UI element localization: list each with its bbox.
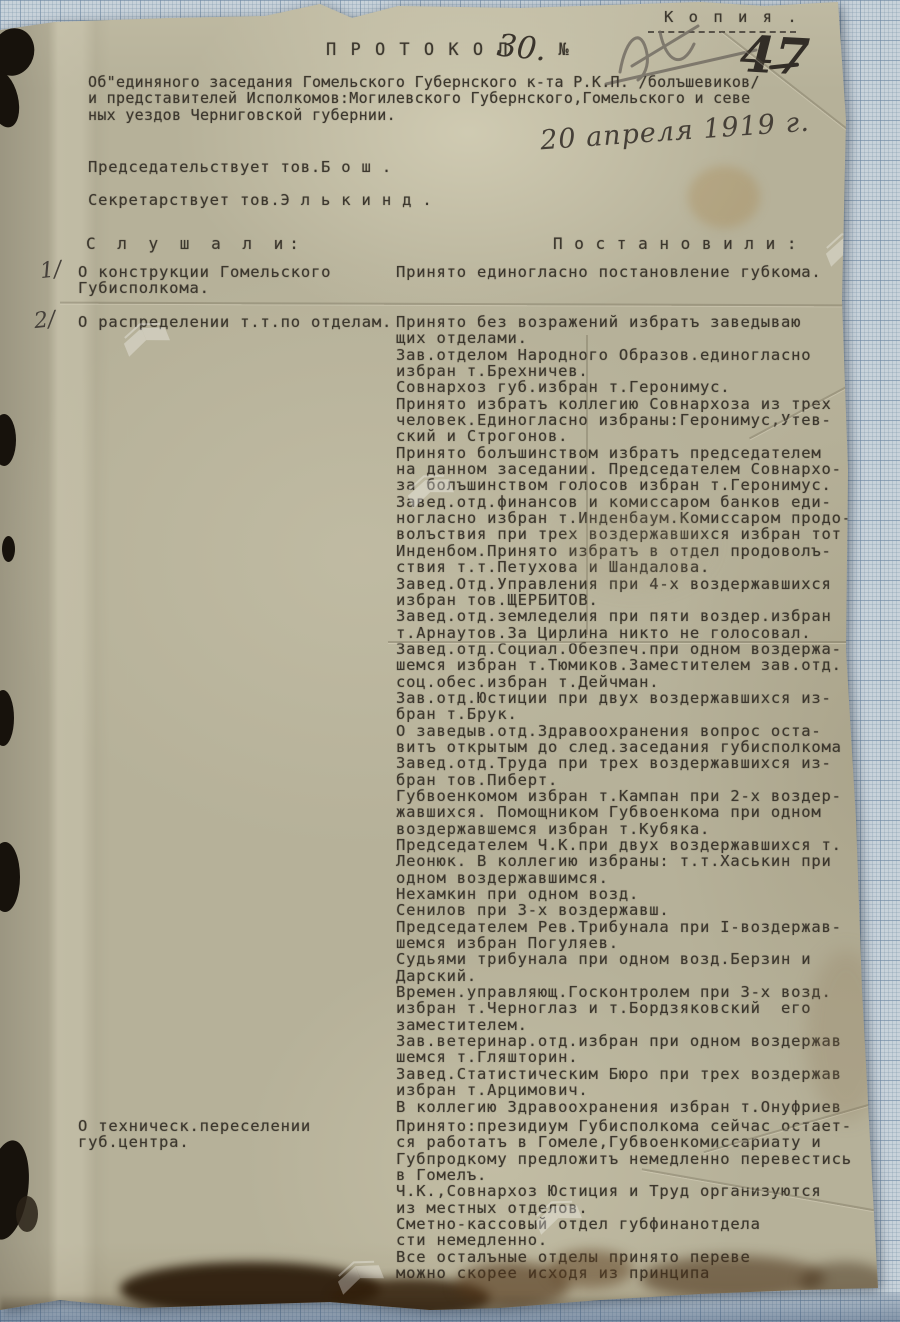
text-line: Судьями трибунала при одном возд.Берзин …	[396, 951, 874, 967]
text-line: Принято:президиум Губисполкома сейчас ос…	[396, 1118, 874, 1134]
text-line: Председателем Ч.К.при двух воздержавшихс…	[396, 837, 874, 853]
paper-tear	[0, 842, 20, 912]
chairman-line: Председательствует тов.Б о ш .	[88, 158, 392, 176]
text-line: О заведыв.отд.Здравоохранения вопрос ост…	[396, 723, 874, 739]
text-line: избран т.Черноглаз и т.Бордзяковский его	[396, 1000, 874, 1016]
text-line: Сметно-кассовый отдел губфинанотдела	[396, 1216, 874, 1232]
text-line: Об"единяного заседания Гомельского Губер…	[88, 74, 760, 90]
text-line: Зав.отделом Народного Образов.единогласн…	[396, 347, 874, 363]
text-line: Дарский.	[396, 968, 874, 984]
bottom-edge-stain	[0, 1294, 900, 1316]
text-line: т.Арнаутов.За Цирлина никто не голосовал…	[396, 625, 874, 641]
text-line: Принято болъшинством избратъ председател…	[396, 445, 874, 461]
paper-crease	[586, 335, 588, 635]
text-line: В коллегию Здравоохранения избран т.Онуф…	[396, 1099, 874, 1115]
agenda-item-1-resolution: Принято единогласно постановление губком…	[396, 264, 874, 280]
secretary-line: Секретарствует тов.Э л ь к и н д .	[88, 191, 432, 209]
text-line: шемся избран Погуляев.	[396, 935, 874, 951]
document-scan: К о п и я . П Р О Т О К О Л № 30. 47 Об"…	[0, 0, 900, 1322]
agenda-item-3-topic: О техническ.переселениигуб.центра.	[78, 1118, 388, 1151]
text-line: ся работатъ в Гомеле,Губвоенкомиссариату…	[396, 1134, 874, 1150]
paper-tear	[0, 414, 16, 466]
paper-stain	[560, 500, 710, 590]
text-line: Зав.отд.Юстиции при двух воздержавшихся …	[396, 690, 874, 706]
agenda-item-1-number: 1/	[39, 257, 63, 284]
text-line: Губпродкому предложитъ немедленно переве…	[396, 1151, 874, 1167]
text-line: воздержавшемся избран т.Кубяка.	[396, 821, 874, 837]
paper-tear	[0, 23, 40, 82]
paper-tear	[0, 690, 14, 746]
text-line: за болъшинством голосов избран т.Героним…	[396, 477, 874, 493]
text-line: и представителей Исполкомов:Могилевского…	[88, 90, 760, 106]
text-line: избран тов.ЩЕРБИТОВ.	[396, 592, 874, 608]
text-line: Завед.отд.Труда при трех воздержавшихся …	[396, 755, 874, 771]
paper-tear	[0, 67, 25, 131]
paper-stain	[806, 950, 886, 1120]
text-line: на данном заседании. Председателем Совна…	[396, 461, 874, 477]
text-line: Завед.отд.земледелия при пяти воздер.изб…	[396, 608, 874, 624]
agenda-item-2-resolution: Принято без возражений избратъ заведываю…	[396, 314, 874, 1115]
text-line: губ.центра.	[78, 1134, 388, 1150]
text-line: О конструкции Гомельского	[78, 264, 388, 280]
protocol-number-handwritten: 30.	[495, 28, 548, 69]
ink-stain	[800, 1262, 890, 1304]
text-line: в Гомелъ.	[396, 1167, 874, 1183]
text-line: Сенилов при 3-х воздержавш.	[396, 902, 874, 918]
archive-watermark-icon	[814, 218, 887, 280]
resolved-column-heading: П о с т а н о в и л и :	[553, 234, 798, 253]
text-line: Зав.ветеринар.отд.избран при одном возде…	[396, 1033, 874, 1049]
protocol-page: К о п и я . П Р О Т О К О Л № 30. 47 Об"…	[0, 0, 900, 1322]
heard-column-heading: С л у ш а л и:	[86, 234, 305, 253]
text-line: Губвоенкомом избран т.Кампан при 2-х воз…	[396, 788, 874, 804]
text-line: заместителем.	[396, 1017, 874, 1033]
text-line: шемся избран т.Тюмиков.Заместителем зав.…	[396, 657, 874, 673]
text-line: шемся т.Гляшторин.	[396, 1049, 874, 1065]
agenda-item-1-topic: О конструкции ГомельскогоГубисполкома.	[78, 264, 388, 297]
text-line: одном воздержавшимся.	[396, 870, 874, 886]
text-line: ский и Строгонов.	[396, 428, 874, 444]
text-line: человек.Единогласно избраны:Геронимус,Ут…	[396, 412, 874, 428]
text-line: избран т.Арцимович.	[396, 1082, 874, 1098]
text-line: Завед.Статистическим Бюро при трех возде…	[396, 1066, 874, 1082]
text-line: жавшихся. Помощником Губвоенкома при одн…	[396, 804, 874, 820]
paper-crease	[388, 641, 858, 643]
text-line: бран т.Брук.	[396, 706, 874, 722]
paper-stain	[688, 166, 760, 228]
text-line: сти немедленно.	[396, 1232, 874, 1248]
header-paragraph: Об"единяного заседания Гомельского Губер…	[88, 74, 760, 123]
text-line: Принято без возражений избратъ заведываю	[396, 314, 874, 330]
text-line: избран т.Брехничев.	[396, 363, 874, 379]
text-line: Председателем Рев.Трибунала при I-воздер…	[396, 919, 874, 935]
text-line: щих отделами.	[396, 330, 874, 346]
paper-tear	[16, 1196, 38, 1232]
text-line: Времен.управляющ.Госконтролем при 3-х во…	[396, 984, 874, 1000]
agenda-item-3-resolution: Принято:президиум Губисполкома сейчас ос…	[396, 1118, 874, 1281]
text-line: Нехамкин при одном возд.	[396, 886, 874, 902]
text-line: Принято единогласно постановление губком…	[396, 264, 874, 280]
text-line: О техническ.переселении	[78, 1118, 388, 1134]
text-line: Завед.отд.Социал.Обезпеч.при одном возде…	[396, 641, 874, 657]
text-line: Леонюк. В коллегию избраны: т.т.Хаськин …	[396, 853, 874, 869]
text-line: бран тов.Пиберт.	[396, 772, 874, 788]
text-line: из местных отделов.	[396, 1200, 874, 1216]
agenda-item-2-number: 2/	[33, 307, 57, 334]
text-line: Губисполкома.	[78, 280, 388, 296]
text-line: витъ открытым до след.заседания губиспол…	[396, 739, 874, 755]
paper-crease	[60, 302, 850, 306]
paper-tear	[2, 536, 15, 562]
text-line: соц.обес.избран т.Дейчман.	[396, 674, 874, 690]
text-line: Совнархоз губ.избран т.Геронимус.	[396, 379, 874, 395]
ink-stain	[548, 1250, 633, 1288]
